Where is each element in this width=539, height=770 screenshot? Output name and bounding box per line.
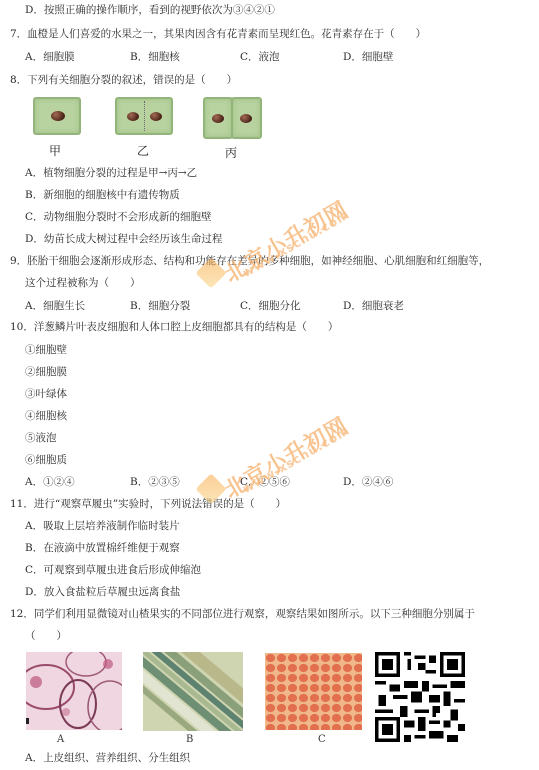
question-12-stem-line1: 12．同学们利用显微镜对山楂果实的不同部位进行观察，观察结果如图所示。以下三种细… bbox=[10, 607, 475, 621]
micrograph-c bbox=[265, 653, 362, 730]
figure-label-jia: 甲 bbox=[49, 142, 61, 159]
cell-bing-right bbox=[231, 97, 262, 139]
question-10-option-a: A．①②④ bbox=[25, 475, 75, 489]
question-9-stem-line1: 9．胚胎干细胞会逐渐形成形态、结构和功能存在差异的多种细胞，如神经细胞、心肌细胞… bbox=[10, 254, 489, 268]
question-10-item-4: ④细胞核 bbox=[25, 409, 67, 423]
question-10-item-5: ⑤液泡 bbox=[25, 431, 57, 445]
question-10-item-3: ③叶绿体 bbox=[25, 387, 67, 401]
question-12-stem-line2: （ ） bbox=[25, 629, 67, 643]
cell-bing-left bbox=[203, 97, 233, 139]
nucleus bbox=[150, 112, 162, 121]
question-10-option-d: D．②④⑥ bbox=[343, 475, 393, 489]
figure-label-bing: 丙 bbox=[225, 144, 237, 161]
micrograph-label-a: A bbox=[57, 734, 64, 745]
micrograph-label-c: C bbox=[318, 734, 326, 745]
micrograph-a bbox=[26, 652, 122, 730]
question-10-option-c: C．②⑤⑥ bbox=[240, 475, 290, 489]
question-11-option-a: A．吸取上层培养液制作临时装片 bbox=[25, 519, 180, 533]
question-11-option-d: D．放入食盐粒后草履虫远离食盐 bbox=[25, 585, 180, 599]
prev-question-option-d: D．按照正确的操作顺序，看到的视野依次为③④②① bbox=[25, 3, 275, 17]
question-7-option-c: C．液泡 bbox=[240, 50, 280, 64]
question-7-option-d: D．细胞壁 bbox=[343, 50, 393, 64]
question-7-option-a: A．细胞膜 bbox=[25, 50, 75, 64]
question-11-option-b: B．在液滴中放置棉纤维便于观察 bbox=[25, 541, 180, 555]
question-8-option-c: C．动物细胞分裂时不会形成新的细胞壁 bbox=[25, 210, 212, 224]
question-9-option-c: C．细胞分化 bbox=[240, 299, 301, 313]
question-10-item-6: ⑥细胞质 bbox=[25, 453, 67, 467]
nucleus bbox=[212, 114, 224, 123]
nucleus bbox=[127, 112, 139, 121]
question-9-option-d: D．细胞衰老 bbox=[343, 299, 404, 313]
division-line bbox=[144, 101, 145, 131]
question-8-option-b: B．新细胞的细胞核中有遗传物质 bbox=[25, 188, 180, 202]
micrograph-label-b: B bbox=[186, 734, 193, 745]
question-11-stem: 11．进行“观察草履虫”实验时，下列说法错误的是（ ） bbox=[10, 497, 286, 511]
qr-code[interactable] bbox=[375, 652, 465, 742]
question-8-stem: 8．下列有关细胞分裂的叙述，错误的是（ ） bbox=[10, 73, 237, 87]
question-10-item-2: ②细胞膜 bbox=[25, 365, 67, 379]
question-9-stem-line2: 这个过程被称为（ ） bbox=[25, 276, 141, 290]
question-9-option-b: B．细胞分裂 bbox=[130, 299, 190, 313]
question-8-option-a: A．植物细胞分裂的过程是甲→丙→乙 bbox=[25, 166, 197, 180]
watermark-text: 北京小升初网 bbox=[218, 409, 353, 505]
question-12-option-a: A．上皮组织、营养组织、分生组织 bbox=[25, 751, 190, 765]
cell-division-figure: 甲 乙 丙 bbox=[0, 92, 300, 162]
watermark-url: www.xschu.com bbox=[240, 207, 352, 280]
question-10-item-1: ①细胞壁 bbox=[25, 343, 67, 357]
watermark-text: 北京小升初网 bbox=[218, 193, 353, 289]
figure-label-yi: 乙 bbox=[137, 142, 149, 159]
nucleus bbox=[51, 111, 65, 121]
nucleus bbox=[240, 114, 252, 123]
question-10-stem: 10．洋葱鳞片叶表皮细胞和人体口腔上皮细胞都具有的结构是（ ） bbox=[10, 320, 338, 334]
cell-yi bbox=[115, 97, 173, 135]
question-7-option-b: B．细胞核 bbox=[130, 50, 180, 64]
question-11-option-c: C．可观察到草履虫进食后形成伸缩泡 bbox=[25, 563, 201, 577]
question-7-stem: 7．血橙是人们喜爱的水果之一，其果肉因含有花青素而呈现红色。花青素存在于（ ） bbox=[10, 27, 426, 41]
question-10-option-b: B．②③⑤ bbox=[130, 475, 180, 489]
question-9-option-a: A．细胞生长 bbox=[25, 299, 85, 313]
micrograph-b bbox=[143, 652, 243, 731]
question-8-option-d: D．幼苗长成大树过程中会经历该生命过程 bbox=[25, 232, 222, 246]
cell-jia bbox=[33, 97, 81, 135]
